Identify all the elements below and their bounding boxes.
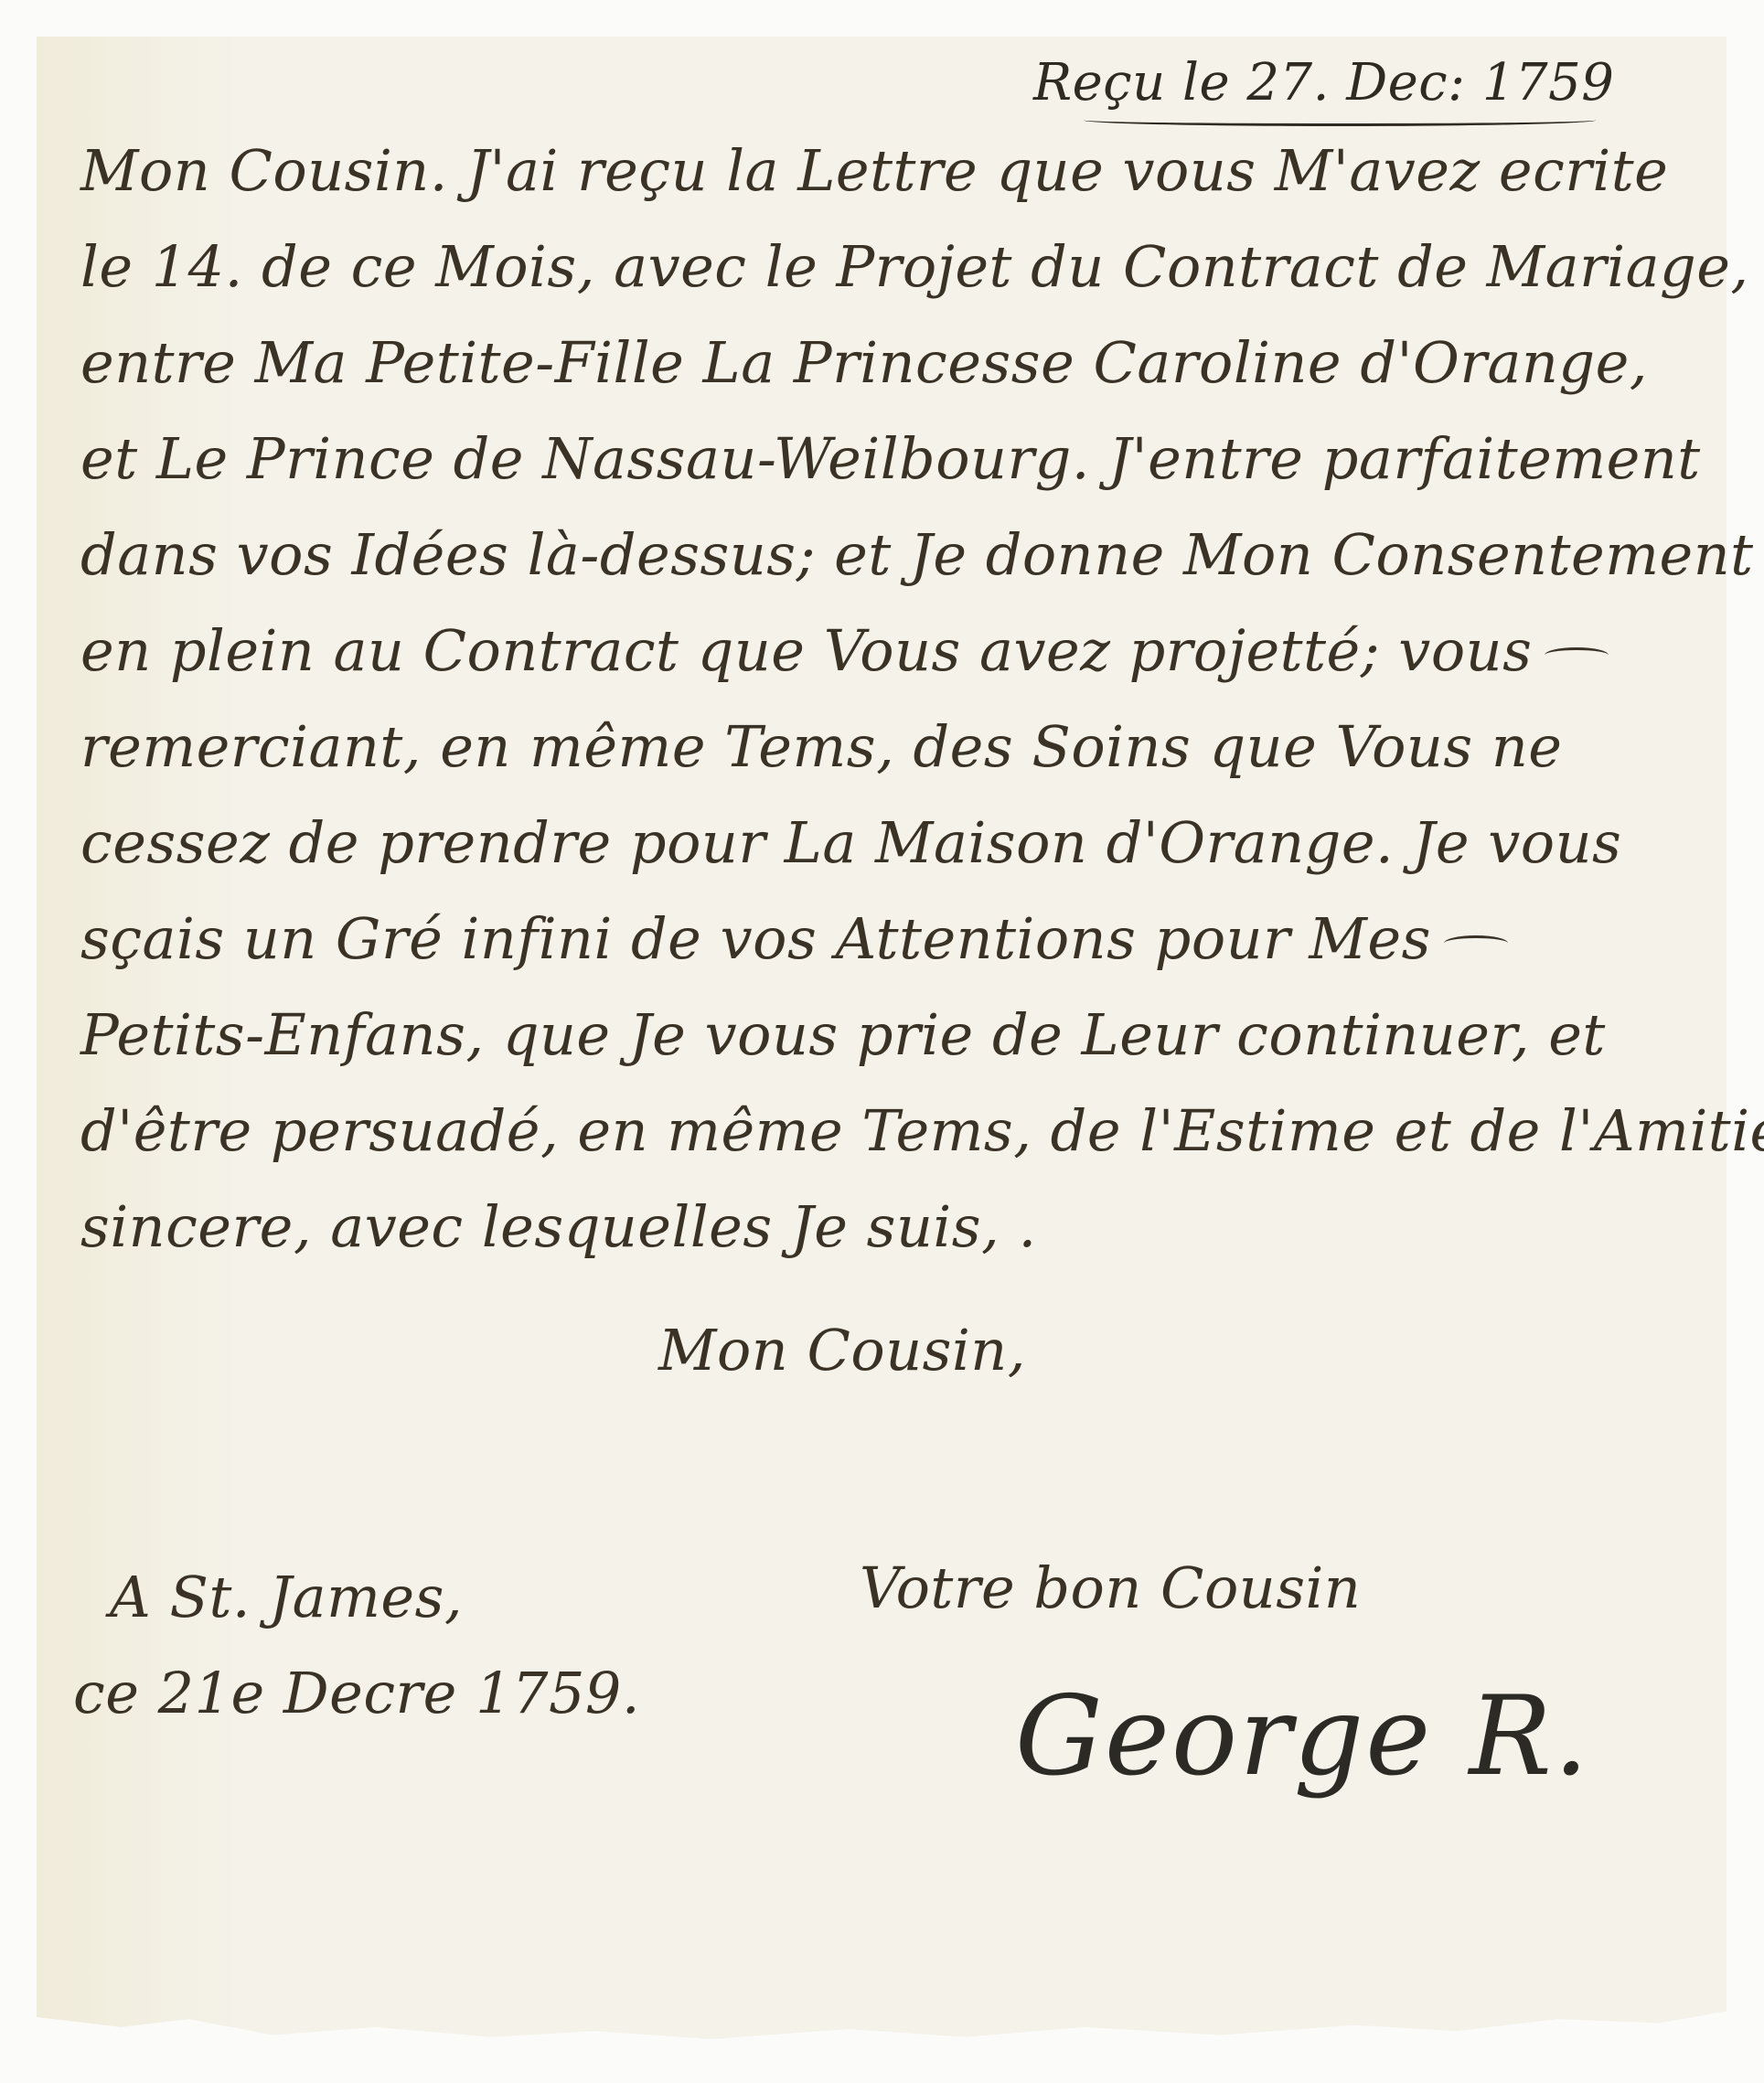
letter-line-4: et Le Prince de Nassau-Weilbourg. J'entr…	[80, 425, 1701, 492]
letter-line-6-text: en plein au Contract que Vous avez proje…	[80, 617, 1532, 684]
date-line: ce 21e Decre 1759.	[73, 1660, 640, 1726]
complimentary-close: Votre bon Cousin	[860, 1554, 1361, 1621]
place-line: A St. James,	[110, 1564, 463, 1630]
receipt-underline	[1084, 114, 1596, 126]
line-filler-flourish	[1444, 935, 1508, 951]
letter-line-8: cessez de prendre pour La Maison d'Orang…	[80, 809, 1621, 876]
royal-signature: George R.	[1015, 1673, 1590, 1800]
letter-line-10: Petits-Enfans, que Je vous prie de Leur …	[80, 1001, 1606, 1068]
letter-line-11: d'être persuadé, en même Tems, de l'Esti…	[80, 1097, 1764, 1164]
closing-salutation: Mon Cousin,	[658, 1317, 1026, 1383]
letter-line-1: Mon Cousin. J'ai reçu la Lettre que vous…	[80, 137, 1668, 204]
letter-line-2: le 14. de ce Mois, avec le Projet du Con…	[80, 233, 1749, 300]
letter-line-9-text: sçais un Gré infini de vos Attentions po…	[80, 905, 1431, 972]
letter-line-9: sçais un Gré infini de vos Attentions po…	[80, 905, 1508, 972]
line-filler-flourish	[1545, 647, 1609, 663]
letter-line-12: sincere, avec lesquelles Je suis, .	[80, 1193, 1037, 1260]
letter-line-6: en plein au Contract que Vous avez proje…	[80, 617, 1609, 684]
letter-line-5: dans vos Idées là-dessus; et Je donne Mo…	[80, 521, 1754, 588]
letter-line-7: remerciant, en même Tems, des Soins que …	[80, 713, 1562, 780]
receipt-note: Reçu le 27. Dec: 1759	[1033, 53, 1614, 112]
letter-line-3: entre Ma Petite-Fille La Princesse Carol…	[80, 329, 1648, 396]
